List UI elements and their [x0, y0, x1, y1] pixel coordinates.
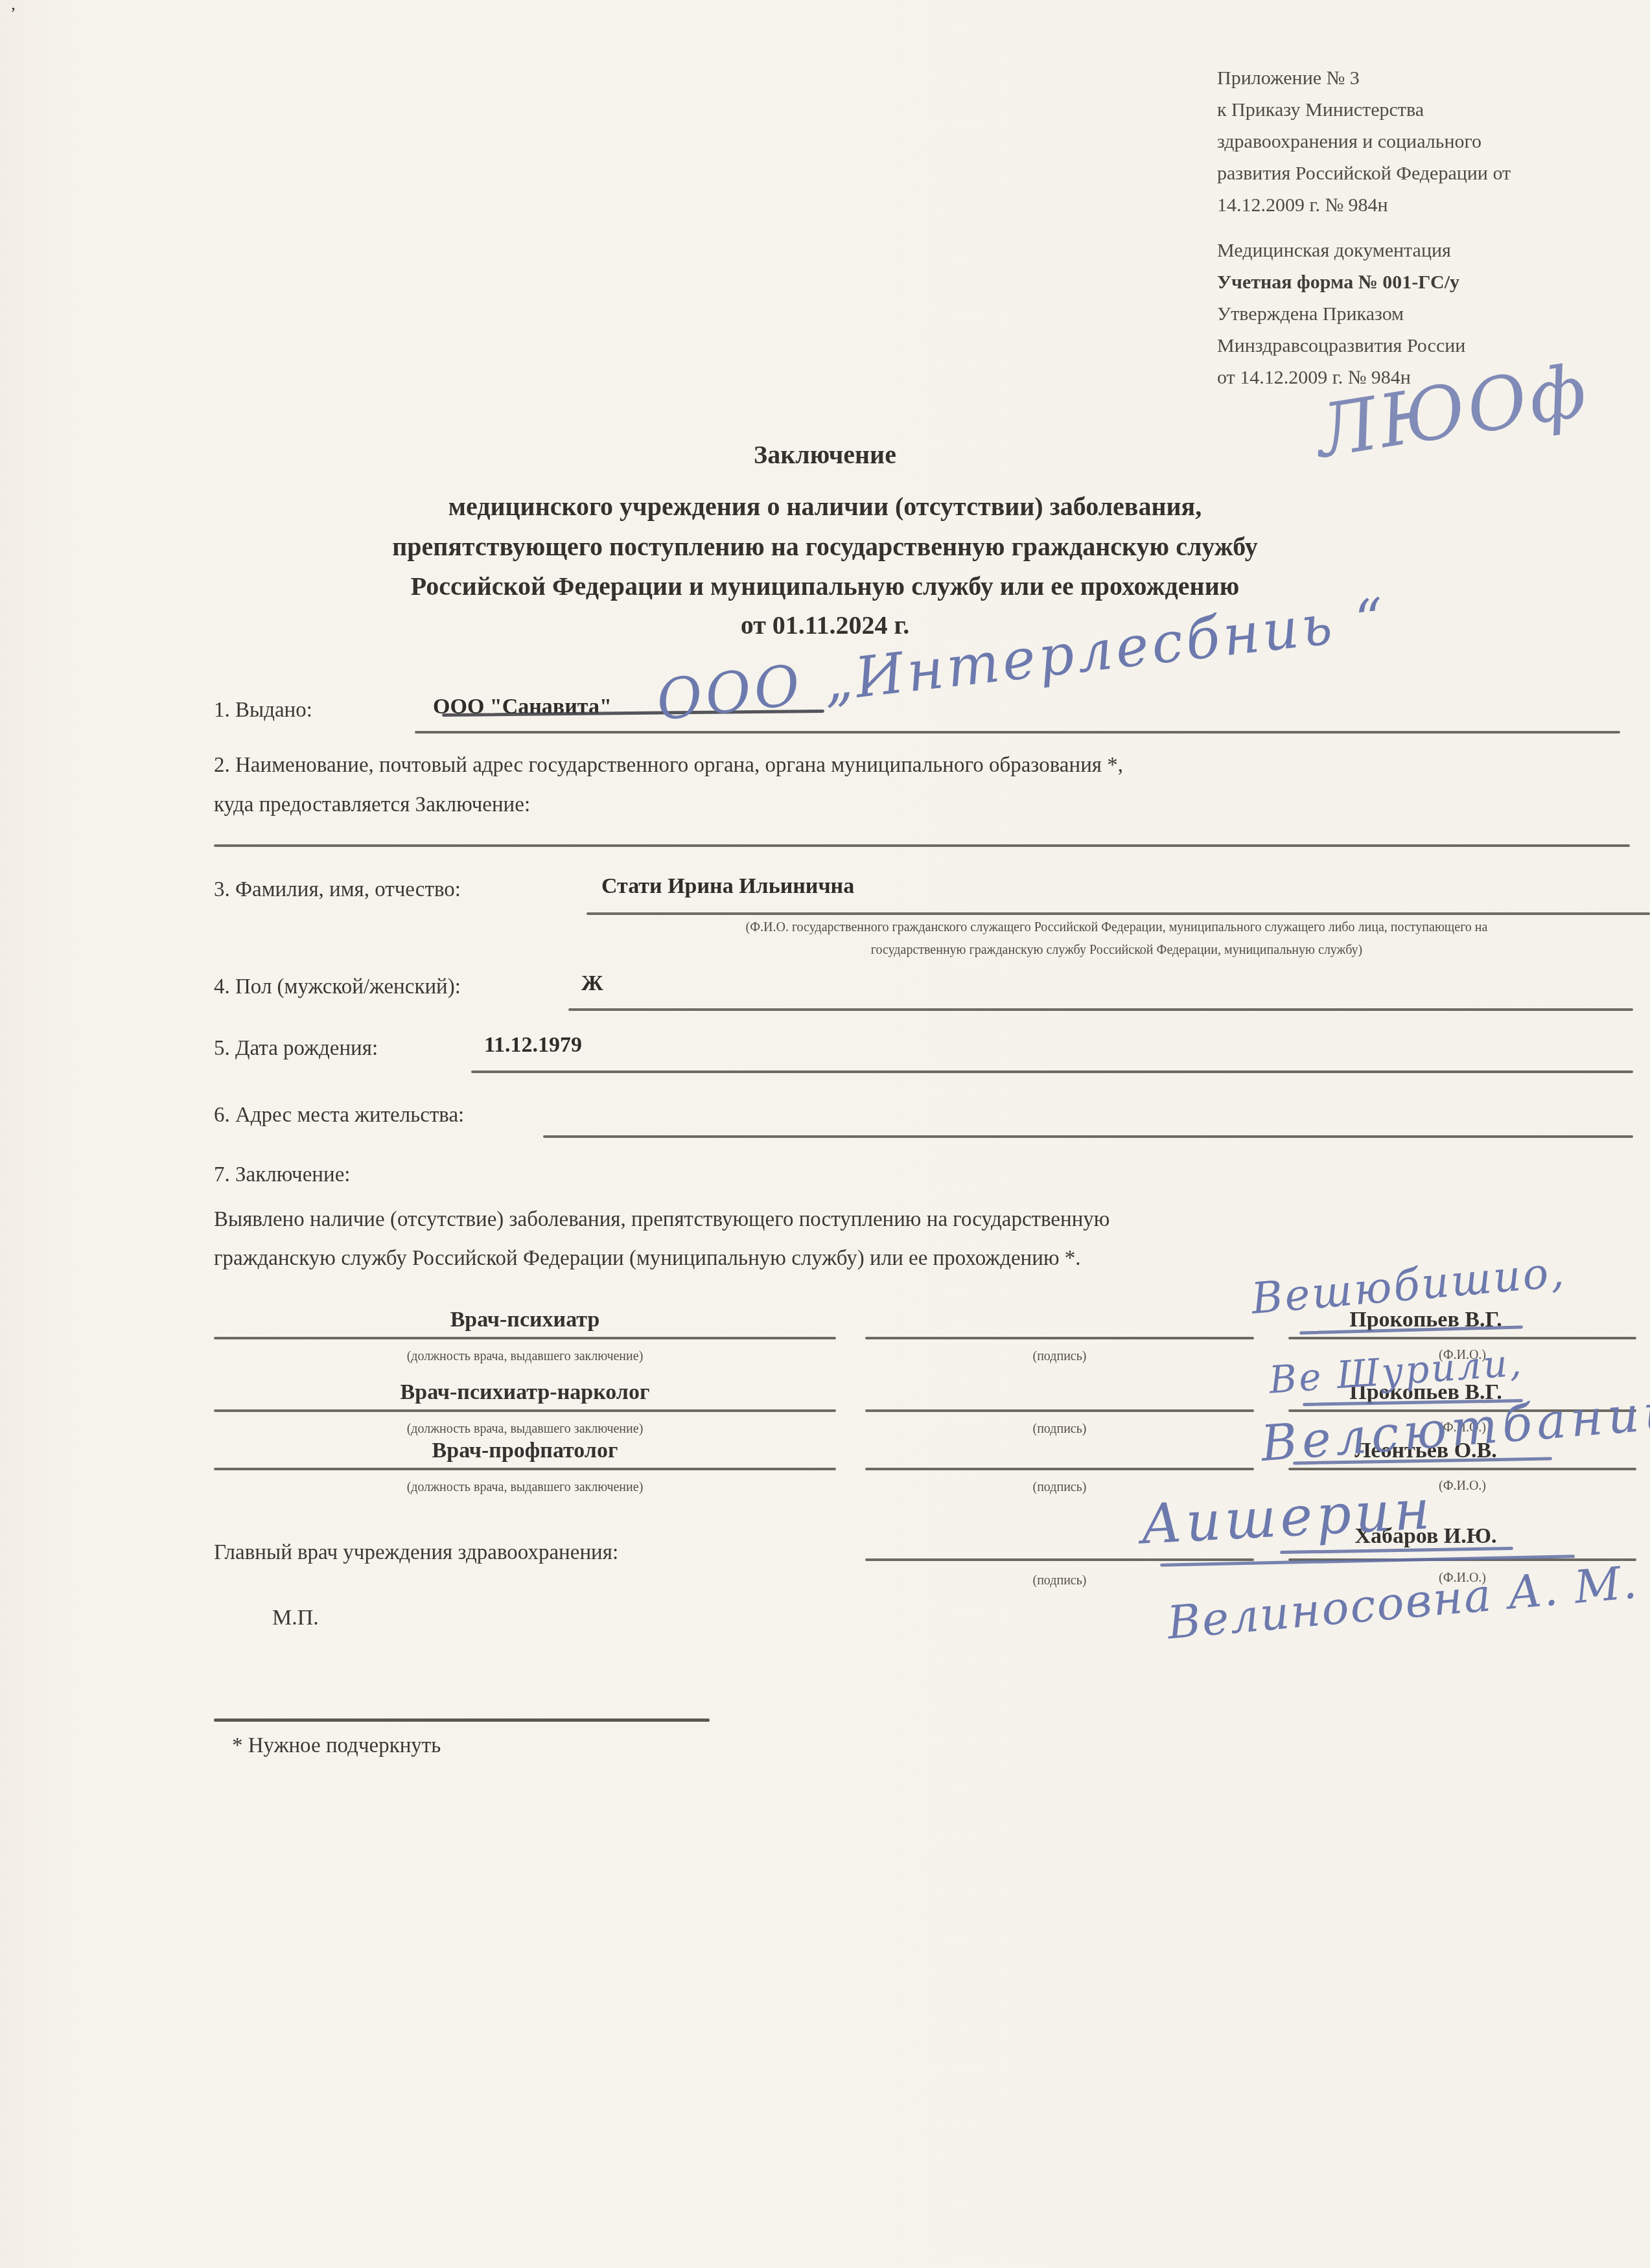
sig-row-sign-caption: (подпись): [865, 1422, 1254, 1437]
field-issued-line: [415, 731, 1620, 734]
handwritten-signature: Велиносовна А. М.: [1165, 1555, 1640, 1649]
appendix-line: 14.12.2009 г. № 984н: [1217, 189, 1511, 221]
field-sex-label: 4. Пол (мужской/женский):: [214, 975, 461, 999]
field-sex-value: Ж: [581, 971, 603, 996]
sig-row-sign-caption: (подпись): [865, 1349, 1254, 1364]
sig-row-position-caption: (должность врача, выдавшего заключение): [214, 1480, 836, 1495]
field-fio-label: 3. Фамилия, имя, отчество:: [214, 878, 461, 902]
sig-row-position-caption: (должность врача, выдавшего заключение): [214, 1422, 836, 1437]
form-number-line: Учетная форма № 001-ГС/у: [1217, 266, 1465, 298]
sig-row-position: Врач-профпатолог: [214, 1439, 836, 1463]
field-conclusion-label: 7. Заключение:: [214, 1163, 350, 1187]
form-title-line: медицинского учреждения о наличии (отсут…: [0, 491, 1650, 522]
form-identity-block: Медицинская документация Учетная форма №…: [1217, 235, 1465, 393]
field-fio-line: [587, 912, 1650, 915]
sig-row-fio-line: [1288, 1337, 1636, 1339]
footnote-text: * Нужное подчеркнуть: [232, 1734, 441, 1758]
appendix-line: здравоохранения и социального: [1217, 126, 1511, 157]
sig-row-position-line: [214, 1468, 836, 1470]
conclusion-text-line2: гражданскую службу Российской Федерации …: [214, 1247, 1081, 1271]
sig-row-fio-line: [1288, 1468, 1636, 1470]
doc-type-line: Медицинская документация: [1217, 235, 1465, 266]
sig-row-position-caption: (должность врача, выдавшего заключение): [214, 1349, 836, 1364]
appendix-line: к Приказу Министерства: [1217, 94, 1511, 126]
field-agency-label-line1: 2. Наименование, почтовый адрес государс…: [214, 754, 1123, 778]
sig-row-position: Врач-психиатр: [214, 1308, 836, 1332]
approved-line: Утверждена Приказом: [1217, 298, 1465, 330]
field-agency-line: [214, 844, 1630, 847]
appendix-block: Приложение № 3 к Приказу Министерства зд…: [1217, 62, 1511, 221]
scan-artifact-mark: ’: [10, 4, 16, 23]
field-birthdate-value: 11.12.1979: [484, 1033, 582, 1058]
sig-row-sign-line: [865, 1409, 1254, 1412]
approved-line: Минздравсоцразвития России: [1217, 330, 1465, 362]
form-title-line: препятствующего поступлению на государст…: [0, 531, 1650, 562]
chief-physician-label: Главный врач учреждения здравоохранения:: [214, 1541, 618, 1565]
field-birthdate-label: 5. Дата рождения:: [214, 1037, 378, 1061]
appendix-line: Приложение № 3: [1217, 62, 1511, 94]
field-issued-label: 1. Выдано:: [214, 699, 312, 723]
field-sex-line: [568, 1008, 1633, 1011]
sig-row-position-line: [214, 1337, 836, 1339]
sig-row-position: Врач-психиатр-нарколог: [214, 1380, 836, 1405]
chief-sign-line: [865, 1558, 1254, 1561]
chief-sign-caption: (подпись): [865, 1573, 1254, 1588]
sig-row-sign-line: [865, 1337, 1254, 1339]
field-birthdate-line: [471, 1070, 1633, 1073]
fio-fineprint-line2: государственную гражданскую службу Росси…: [583, 943, 1650, 958]
field-address-line: [543, 1135, 1633, 1138]
appendix-line: развития Российской Федерации от: [1217, 157, 1511, 189]
footnote-separator: [214, 1718, 710, 1722]
handwritten-issuer: ООО „Интерлесбниь “: [653, 586, 1391, 734]
scanned-medical-form-page: ’ Приложение № 3 к Приказу Министерства …: [0, 0, 1650, 2268]
sig-row-position-line: [214, 1409, 836, 1412]
form-title-line: от 01.11.2024 г.: [0, 610, 1650, 640]
fio-fineprint-line1: (Ф.И.О. государственного гражданского сл…: [583, 920, 1650, 935]
stamp-place-label: М.П.: [272, 1606, 319, 1630]
field-agency-label-line2: куда предоставляется Заключение:: [214, 793, 530, 817]
form-title-line: Российской Федерации и муниципальную слу…: [0, 571, 1650, 601]
field-fio-value: Стати Ирина Ильинична: [601, 874, 854, 899]
sig-row-sign-line: [865, 1468, 1254, 1470]
field-address-label: 6. Адрес места жительства:: [214, 1104, 464, 1128]
conclusion-text-line1: Выявлено наличие (отсутствие) заболевани…: [214, 1208, 1110, 1232]
form-title-line: Заключение: [0, 439, 1650, 470]
